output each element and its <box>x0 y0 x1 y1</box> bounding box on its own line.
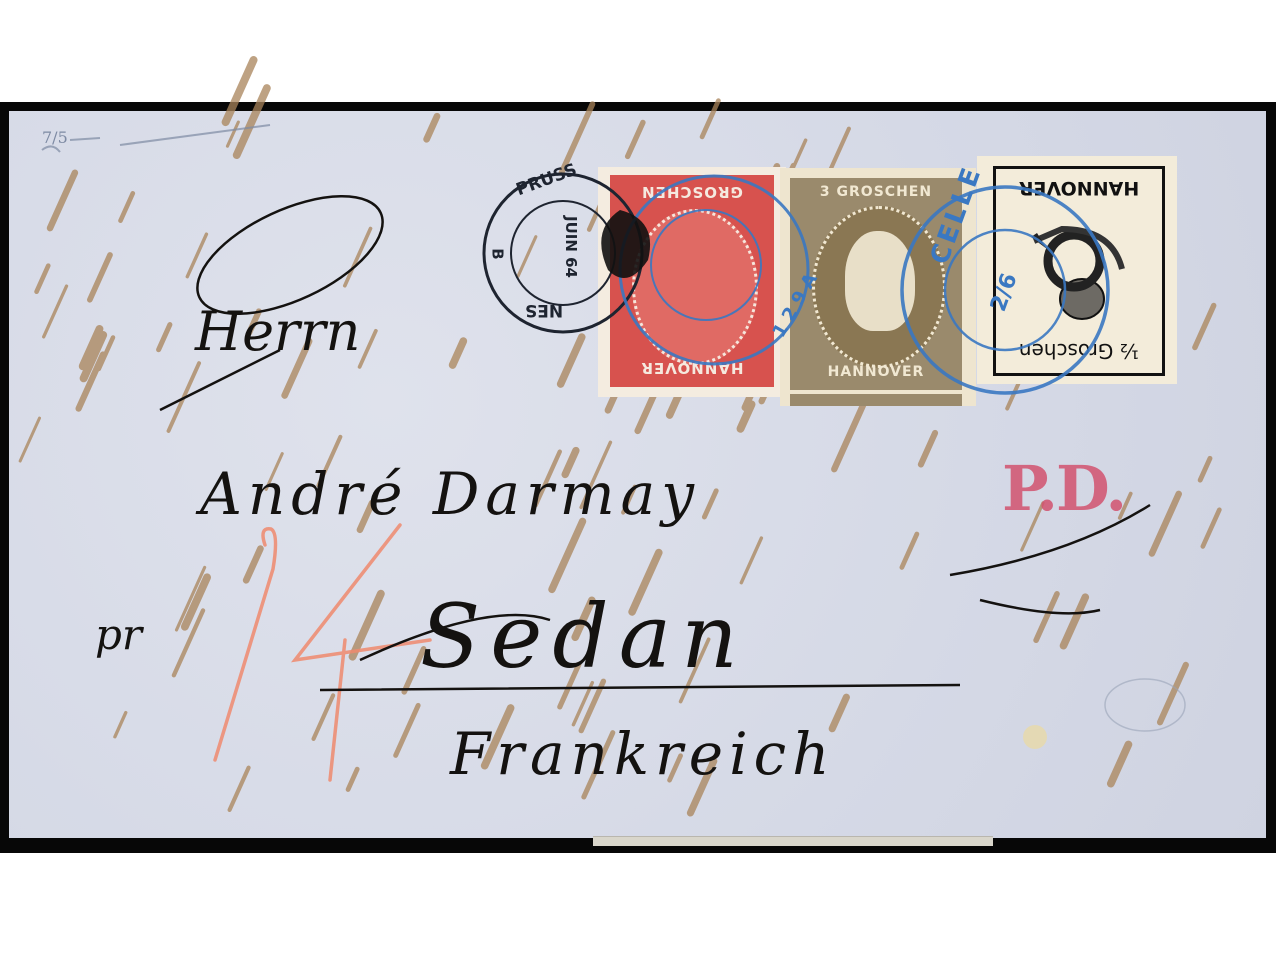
pen-flourishes <box>0 0 1276 956</box>
